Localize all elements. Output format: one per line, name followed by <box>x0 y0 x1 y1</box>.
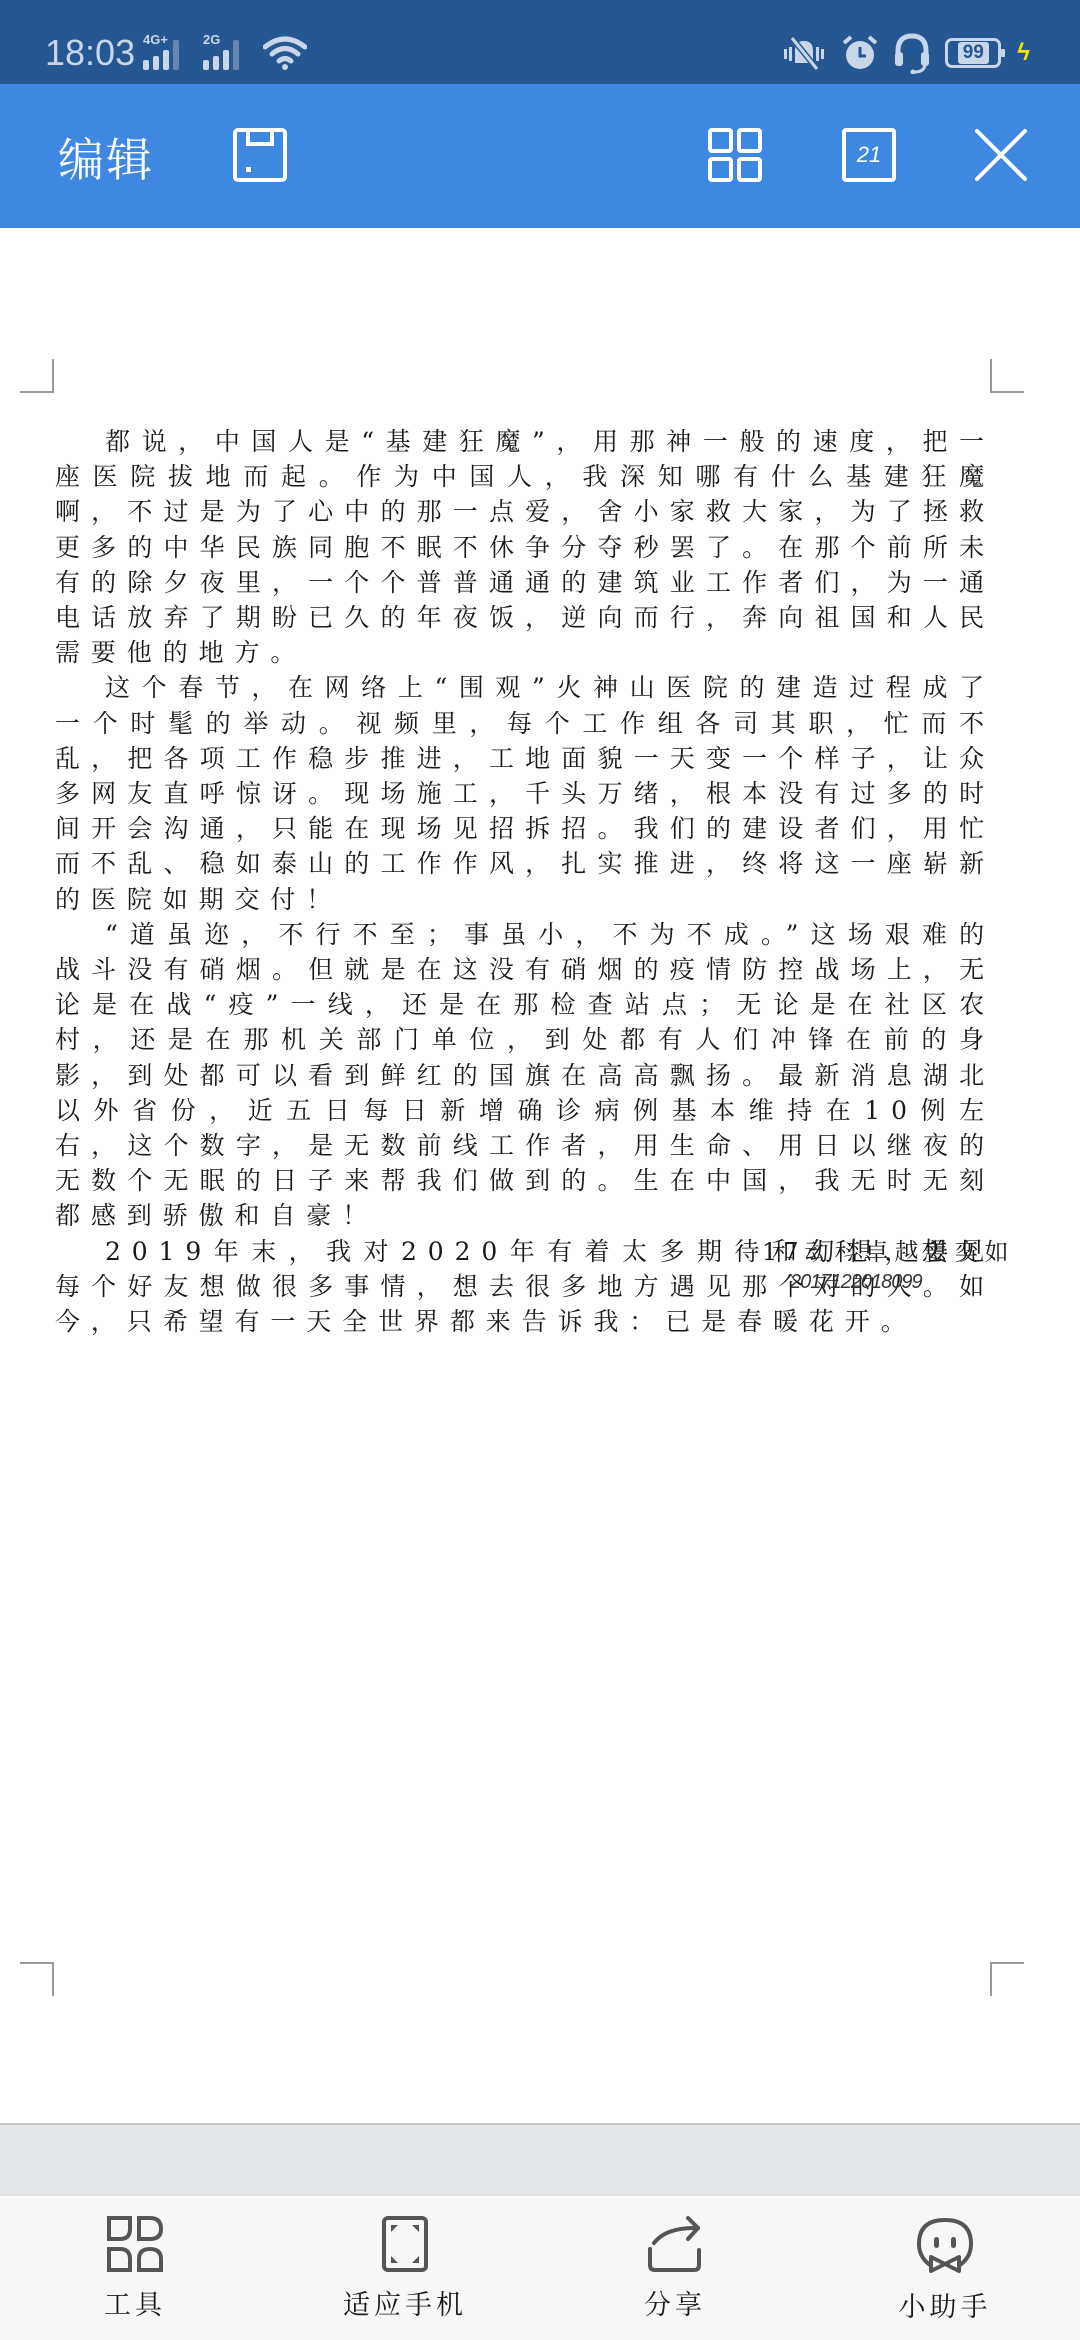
page-count: 21 <box>841 127 897 183</box>
wifi-icon <box>263 36 307 70</box>
page-count-button[interactable]: 21 <box>841 127 897 183</box>
close-icon[interactable] <box>973 127 1029 183</box>
grid-icon[interactable] <box>707 127 763 183</box>
bottom-toolbar: 工具 适应手机 分享 小助手 <box>0 2197 1080 2340</box>
status-bar: 18:03 4G+ 2G <box>0 0 1080 84</box>
charging-icon: ϟ <box>1017 39 1030 67</box>
tools-button[interactable]: 工具 <box>75 2197 195 2340</box>
paragraph: 这个春节，在网络上“围观”火神山医院的建造过程成了一个时髦的举动。视频里，每个工… <box>55 670 995 916</box>
paragraph: 都说，中国人是“基建狂魔”，用那神一般的速度，把一座医院拔地而起。作为中国人，我… <box>55 424 995 670</box>
crop-mark-bottom-right <box>990 1962 1024 1996</box>
tools-label: 工具 <box>104 2283 166 2322</box>
signal-4g-icon: 4G+ <box>143 36 189 70</box>
assistant-label: 小助手 <box>899 2285 992 2324</box>
alarm-icon <box>841 34 879 72</box>
separator-band <box>0 2123 1080 2196</box>
save-icon[interactable] <box>232 127 288 183</box>
crop-mark-top-left <box>20 359 54 393</box>
mute-vibrate-icon <box>781 35 827 71</box>
fit-phone-icon <box>381 2215 429 2273</box>
status-left-icons: 4G+ 2G <box>143 36 307 70</box>
app-bar: 编辑 21 <box>0 84 1080 228</box>
tools-icon <box>106 2215 164 2273</box>
share-button[interactable]: 分享 <box>615 2197 735 2340</box>
status-right-icons: 99 ϟ <box>781 32 1030 74</box>
paragraph: “道虽迩，不行不至；事虽小，不为不成。”这场艰难的战斗没有硝烟。但就是在这没有硝… <box>55 917 995 1234</box>
share-icon <box>646 2215 704 2273</box>
headset-icon <box>893 32 931 74</box>
signal-2g-icon: 2G <box>203 36 249 70</box>
fit-phone-label: 适应手机 <box>343 2283 467 2322</box>
status-time: 18:03 <box>45 32 135 74</box>
crop-mark-top-right <box>990 359 1024 393</box>
assistant-icon <box>916 2215 974 2275</box>
signature-id: 2017122018099 <box>790 1271 922 1294</box>
battery-icon: 99 <box>945 38 1001 68</box>
fit-phone-button[interactable]: 适应手机 <box>325 2197 485 2340</box>
crop-mark-bottom-left <box>20 1962 54 1996</box>
assistant-button[interactable]: 小助手 <box>885 2197 1005 2340</box>
share-label: 分享 <box>644 2283 706 2322</box>
document-body: 都说，中国人是“基建狂魔”，用那神一般的速度，把一座医院拔地而起。作为中国人，我… <box>55 424 995 1339</box>
battery-level: 99 <box>958 42 989 64</box>
document-page[interactable]: 都说，中国人是“基建狂魔”，用那神一般的速度，把一座医院拔地而起。作为中国人，我… <box>0 228 1080 2122</box>
signature-name: 17动科卓越姜奕如 <box>762 1234 1015 1270</box>
edit-button[interactable]: 编辑 <box>58 124 154 190</box>
